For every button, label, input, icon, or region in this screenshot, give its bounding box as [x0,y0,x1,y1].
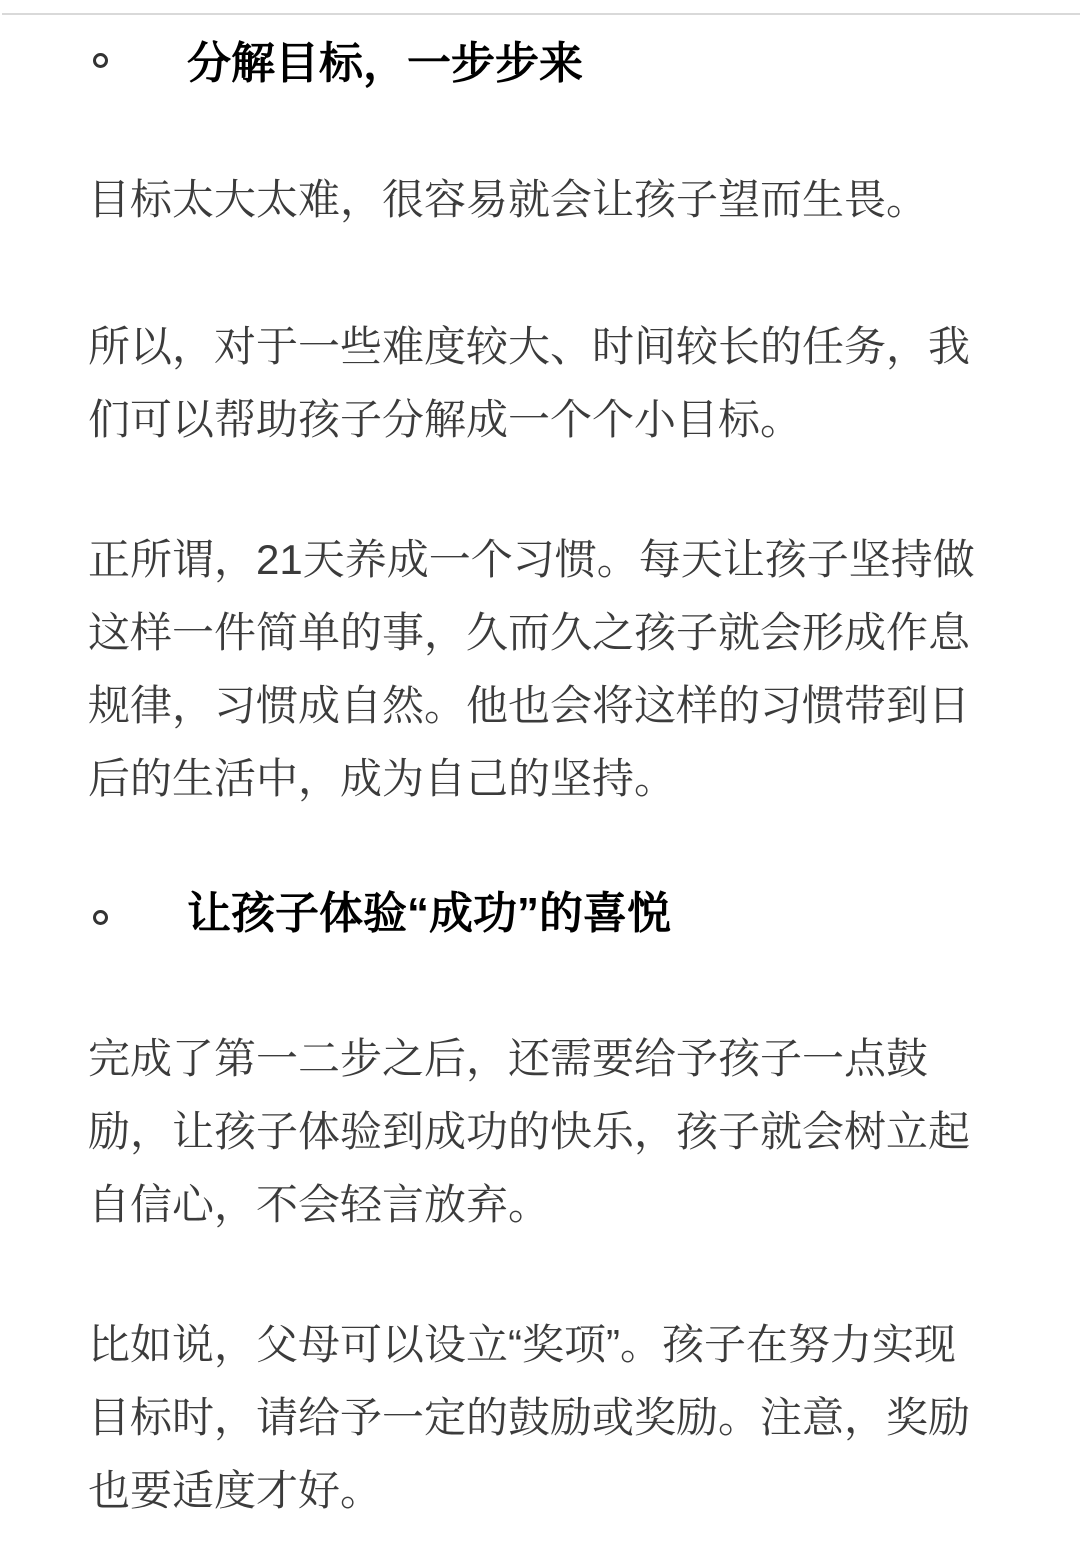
list-bullet-circle-icon [93,53,108,68]
top-divider [2,13,1080,15]
paragraph: 所以，对于一些难度较大、时间较长的任务，我 们可以帮助孩子分解成一个个小目标。 [88,310,1003,456]
paragraph: 目标太大太难，很容易就会让孩子望而生畏。 [88,163,1003,236]
paragraph: 正所谓，21天养成一个习惯。每天让孩子坚持做 这样一件简单的事，久而久之孩子就会… [88,523,1003,815]
paragraph-line: 所以，对于一些难度较大、时间较长的任务，我 [88,310,1003,383]
paragraph-line: 这样一件简单的事，久而久之孩子就会形成作息 [88,596,1003,669]
paragraph-line: 规律，习惯成自然。他也会将这样的习惯带到日 [88,669,1003,742]
paragraph-line: 励，让孩子体验到成功的快乐，孩子就会树立起 [88,1095,1003,1168]
paragraph-line: 们可以帮助孩子分解成一个个小目标。 [88,383,1003,456]
paragraph-line: 后的生活中，成为自己的坚持。 [88,742,1003,815]
article-page: 分解目标，一步步来 目标太大太难，很容易就会让孩子望而生畏。 所以，对于一些难度… [0,0,1080,1554]
paragraph-line: 正所谓，21天养成一个习惯。每天让孩子坚持做 [88,523,1003,596]
paragraph: 完成了第一二步之后，还需要给予孩子一点鼓 励，让孩子体验到成功的快乐，孩子就会树… [88,1022,1003,1241]
section-heading-experience-success: 让孩子体验“成功”的喜悦 [187,877,671,950]
section-heading-goal-breakdown: 分解目标，一步步来 [187,27,583,100]
paragraph-line: 也要适度才好。 [88,1454,1003,1527]
paragraph-line: 目标太大太难，很容易就会让孩子望而生畏。 [88,163,1003,236]
paragraph-line: 自信心，不会轻言放弃。 [88,1168,1003,1241]
paragraph-line: 目标时，请给予一定的鼓励或奖励。注意，奖励 [88,1381,1003,1454]
paragraph-line: 完成了第一二步之后，还需要给予孩子一点鼓 [88,1022,1003,1095]
paragraph: 比如说，父母可以设立“奖项”。孩子在努力实现 目标时，请给予一定的鼓励或奖励。注… [88,1308,1003,1527]
paragraph-line: 比如说，父母可以设立“奖项”。孩子在努力实现 [88,1308,1003,1381]
list-bullet-circle-icon [93,910,108,925]
